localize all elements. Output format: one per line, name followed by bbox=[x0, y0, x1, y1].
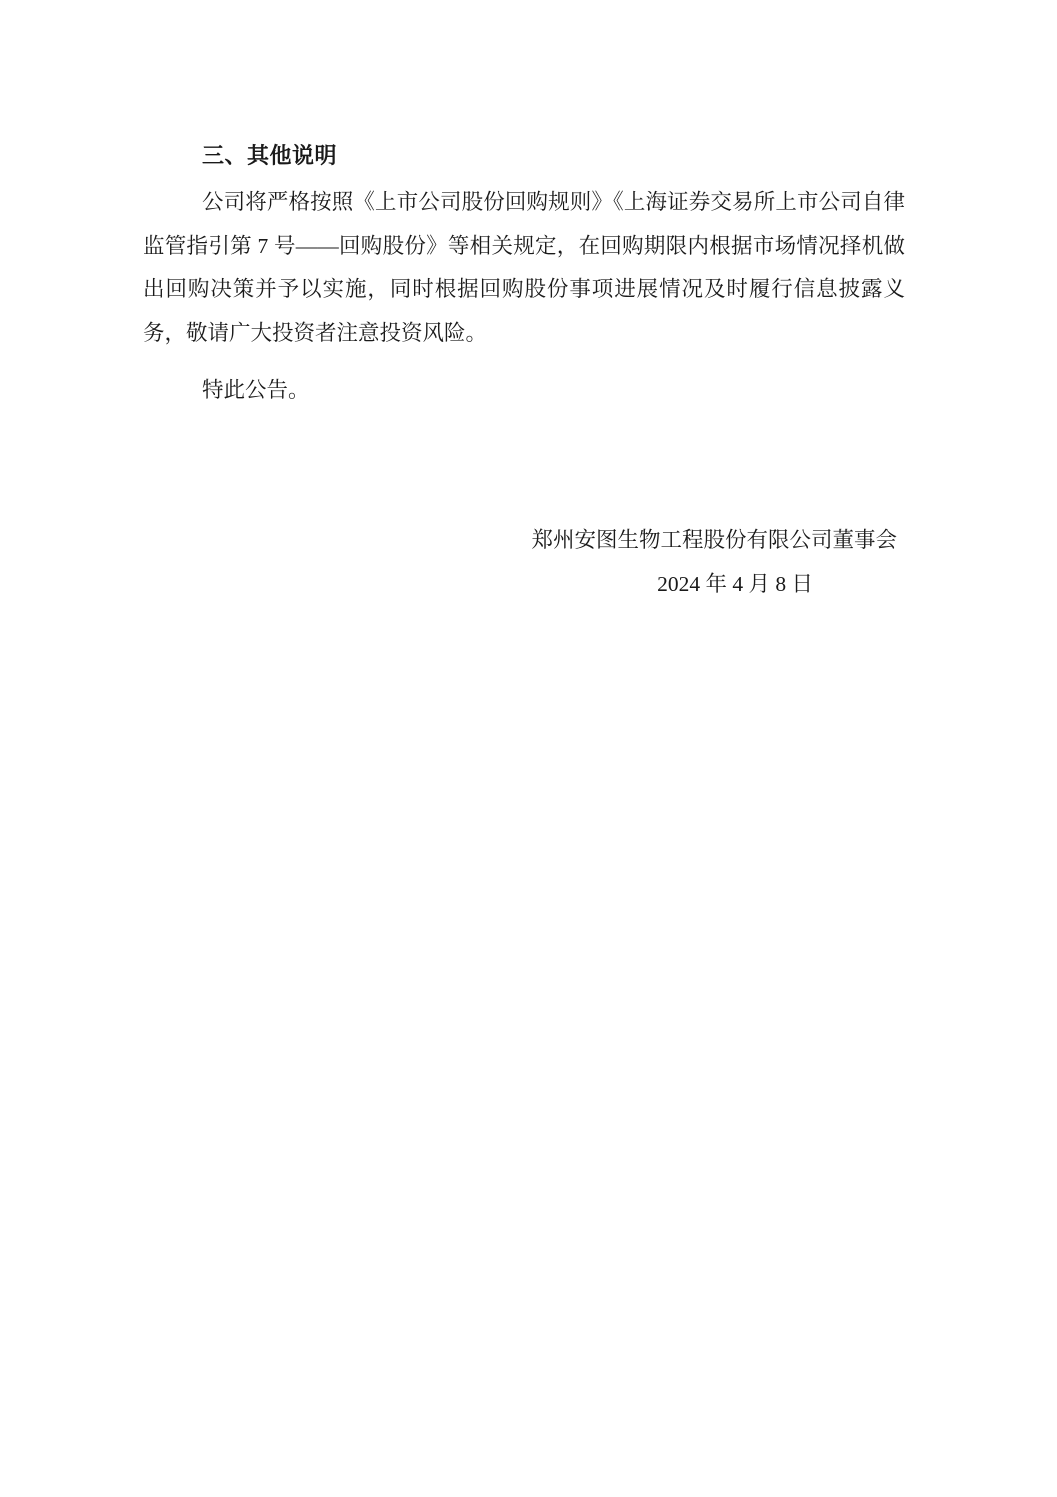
document-content-area: 三、其他说明 公司将严格按照《上市公司股份回购规则》《上海证券交易所上市公司自律… bbox=[143, 0, 905, 606]
document-page: 三、其他说明 公司将严格按照《上市公司股份回购规则》《上海证券交易所上市公司自律… bbox=[0, 0, 1057, 1497]
body-paragraph: 公司将严格按照《上市公司股份回购规则》《上海证券交易所上市公司自律监管指引第 7… bbox=[143, 181, 905, 355]
closing-statement: 特此公告。 bbox=[143, 369, 905, 413]
signature-block: 郑州安图生物工程股份有限公司董事会 2024 年 4 月 8 日 bbox=[143, 518, 905, 606]
signature-date: 2024 年 4 月 8 日 bbox=[143, 562, 905, 606]
section-heading: 三、其他说明 bbox=[143, 143, 905, 168]
signature-company: 郑州安图生物工程股份有限公司董事会 bbox=[143, 518, 905, 562]
